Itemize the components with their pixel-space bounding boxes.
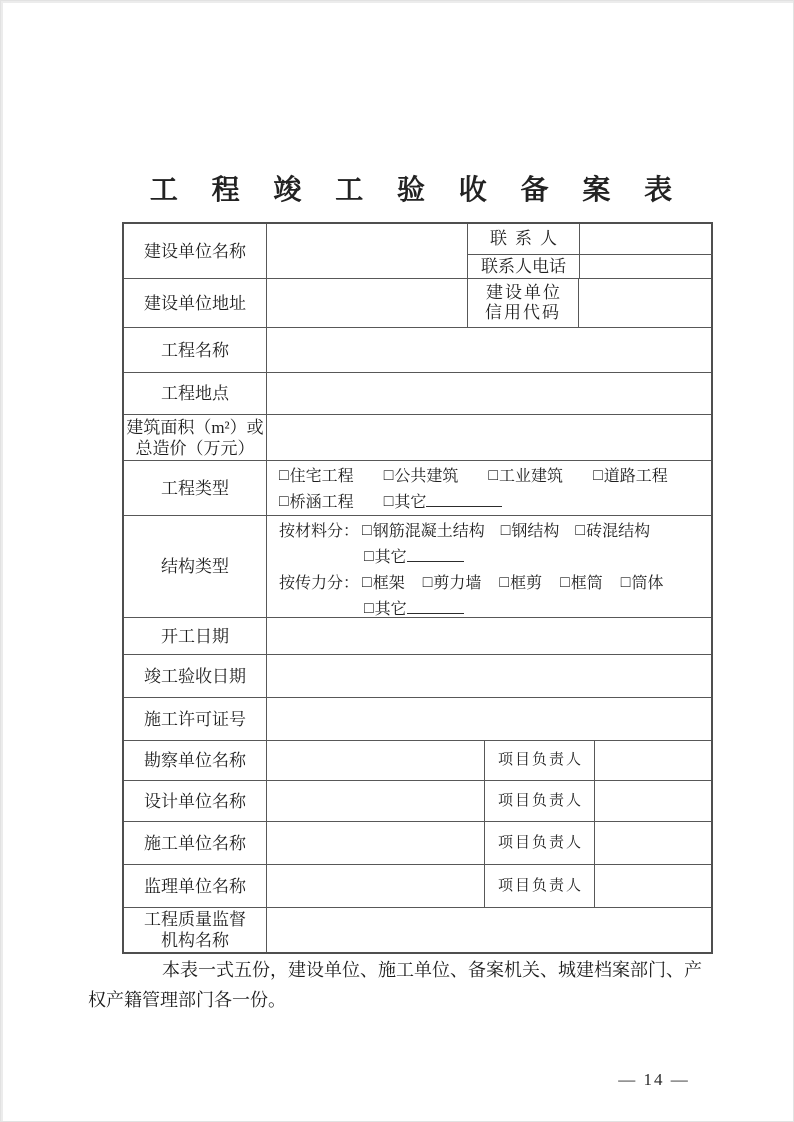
page-title: 工 程 竣 工 验 收 备 案 表 bbox=[122, 168, 713, 208]
supervision-unit-value-cell bbox=[266, 865, 484, 907]
quality-supervision-org-value-cell bbox=[266, 908, 711, 952]
checkbox-icon: □ bbox=[560, 570, 570, 596]
row-contact-phone: 联系人电话 bbox=[468, 254, 713, 278]
construction-manager-value-cell bbox=[594, 822, 711, 864]
checkbox-option: □筒体 bbox=[621, 575, 664, 592]
supervision-unit-label: 监理单位名称 bbox=[124, 865, 266, 907]
checkbox-option-label: 剪力墙 bbox=[433, 575, 481, 592]
completion-acceptance-filing-table: 建设单位名称 联系人 联系人电话 建设单位地址 建设单位 信用代码 工程名 bbox=[122, 222, 713, 954]
checkbox-option: □砖混结构 bbox=[575, 523, 650, 540]
by-force-line: 按传力分：□框架 □剪力墙 □框剪 □框筒 □筒体 bbox=[279, 571, 703, 597]
row-survey-unit: 勘察单位名称 项目负责人 bbox=[124, 740, 711, 780]
row-start-date: 开工日期 bbox=[124, 617, 711, 654]
checkbox-icon: □ bbox=[384, 463, 394, 489]
checkbox-option-label: 其它 bbox=[375, 601, 407, 618]
row-acceptance-date: 竣工验收日期 bbox=[124, 654, 711, 697]
checkbox-option-label: 其它 bbox=[394, 494, 426, 511]
survey-unit-label: 勘察单位名称 bbox=[124, 741, 266, 780]
checkbox-icon: □ bbox=[364, 544, 374, 570]
other-blank-line bbox=[426, 492, 502, 507]
checkbox-option-label: 砖混结构 bbox=[586, 523, 650, 540]
builder-name-value-cell bbox=[266, 224, 467, 278]
checkbox-icon: □ bbox=[279, 489, 289, 515]
construction-permit-value-cell bbox=[266, 698, 711, 740]
acceptance-date-value-cell bbox=[266, 655, 711, 697]
checkbox-option-label: 钢筋混凝土结构 bbox=[373, 523, 485, 540]
checkbox-option: □道路工程 bbox=[593, 468, 668, 485]
checkbox-icon: □ bbox=[501, 518, 511, 544]
project-type-options-line2: □桥涵工程 □其它 bbox=[279, 490, 703, 516]
checkbox-option: □钢结构 bbox=[501, 523, 560, 540]
by-material-other-line: □其它 bbox=[279, 545, 703, 571]
checkbox-icon: □ bbox=[279, 463, 289, 489]
checkbox-option: □住宅工程 bbox=[279, 468, 354, 485]
by-force-prefix: 按传力分： bbox=[279, 575, 359, 592]
row-area-or-cost: 建筑面积（m²）或 总造价（万元） bbox=[124, 414, 711, 460]
start-date-value-cell bbox=[266, 618, 711, 654]
structure-type-options-cell: 按材料分：□钢筋混凝土结构 □钢结构 □砖混结构 □其它 按传力分：□框架 □剪… bbox=[266, 516, 711, 617]
survey-manager-label: 项目负责人 bbox=[484, 741, 594, 780]
checkbox-option: □钢筋混凝土结构 bbox=[362, 523, 485, 540]
supervision-manager-value-cell bbox=[594, 865, 711, 907]
checkbox-icon: □ bbox=[499, 570, 509, 596]
checkbox-option-label: 框剪 bbox=[510, 575, 542, 592]
survey-manager-value-cell bbox=[594, 741, 711, 780]
checkbox-option-label: 住宅工程 bbox=[290, 468, 354, 485]
checkbox-option: □桥涵工程 bbox=[279, 494, 354, 511]
checkbox-icon: □ bbox=[362, 518, 372, 544]
acceptance-date-label: 竣工验收日期 bbox=[124, 655, 266, 697]
footnote-line-2: 权产籍管理部门各一份。 bbox=[88, 985, 728, 1015]
row-project-location: 工程地点 bbox=[124, 372, 711, 414]
checkbox-option: □工业建筑 bbox=[488, 468, 563, 485]
builder-address-value-cell bbox=[266, 279, 467, 327]
checkbox-option: □框剪 bbox=[499, 575, 542, 592]
checkbox-icon: □ bbox=[384, 489, 394, 515]
checkbox-option-label: 框架 bbox=[373, 575, 405, 592]
checkbox-option: □剪力墙 bbox=[423, 575, 482, 592]
checkbox-option-label: 道路工程 bbox=[604, 468, 668, 485]
row-builder-name: 建设单位名称 联系人 联系人电话 bbox=[124, 224, 711, 278]
checkbox-icon: □ bbox=[423, 570, 433, 596]
credit-code-label: 建设单位 信用代码 bbox=[467, 279, 578, 327]
checkbox-option-label: 框筒 bbox=[571, 575, 603, 592]
by-material-line: 按材料分：□钢筋混凝土结构 □钢结构 □砖混结构 bbox=[279, 519, 703, 545]
checkbox-icon: □ bbox=[575, 518, 585, 544]
project-type-options-cell: □住宅工程 □公共建筑 □工业建筑 □道路工程 □桥涵工程 □其它 bbox=[266, 461, 711, 515]
contact-label: 联系人 bbox=[468, 224, 579, 254]
checkbox-icon: □ bbox=[488, 463, 498, 489]
row-construction-unit: 施工单位名称 项目负责人 bbox=[124, 821, 711, 864]
start-date-label: 开工日期 bbox=[124, 618, 266, 654]
checkbox-option-other: □其它 bbox=[384, 494, 427, 511]
row-builder-address: 建设单位地址 建设单位 信用代码 bbox=[124, 278, 711, 327]
checkbox-icon: □ bbox=[621, 570, 631, 596]
row-quality-supervision-org: 工程质量监督 机构名称 bbox=[124, 907, 711, 952]
area-or-cost-value-cell bbox=[266, 415, 711, 460]
scanned-document-page: 工 程 竣 工 验 收 备 案 表 建设单位名称 联系人 联系人电话 建设单位地… bbox=[0, 0, 794, 1122]
survey-unit-value-cell bbox=[266, 741, 484, 780]
project-location-label: 工程地点 bbox=[124, 373, 266, 414]
checkbox-option-label: 桥涵工程 bbox=[290, 494, 354, 511]
row-design-unit: 设计单位名称 项目负责人 bbox=[124, 780, 711, 821]
checkbox-option-other: □其它 bbox=[364, 549, 407, 566]
checkbox-option-label: 工业建筑 bbox=[499, 468, 563, 485]
other-blank-line bbox=[407, 547, 464, 562]
row-project-name: 工程名称 bbox=[124, 327, 711, 372]
checkbox-option: □框筒 bbox=[560, 575, 603, 592]
project-name-value-cell bbox=[266, 328, 711, 372]
design-unit-value-cell bbox=[266, 781, 484, 821]
page-number: — 14 — bbox=[596, 1070, 712, 1090]
project-type-label: 工程类型 bbox=[124, 461, 266, 515]
contact-value-cell bbox=[579, 224, 713, 254]
row-project-type: 工程类型 □住宅工程 □公共建筑 □工业建筑 □道路工程 □桥涵工程 □其它 bbox=[124, 460, 711, 515]
row-construction-permit: 施工许可证号 bbox=[124, 697, 711, 740]
row-supervision-unit: 监理单位名称 项目负责人 bbox=[124, 864, 711, 907]
checkbox-option-other: □其它 bbox=[364, 601, 407, 618]
checkbox-option: □公共建筑 bbox=[384, 468, 459, 485]
supervision-manager-label: 项目负责人 bbox=[484, 865, 594, 907]
checkbox-option-label: 钢结构 bbox=[511, 523, 559, 540]
footnote-line-1: 本表一式五份，建设单位、施工单位、备案机关、城建档案部门、产 bbox=[88, 955, 728, 985]
contact-phone-label: 联系人电话 bbox=[468, 255, 579, 278]
area-or-cost-label: 建筑面积（m²）或 总造价（万元） bbox=[124, 415, 266, 460]
row-structure-type: 结构类型 按材料分：□钢筋混凝土结构 □钢结构 □砖混结构 □其它 按传力分：□… bbox=[124, 515, 711, 617]
project-name-label: 工程名称 bbox=[124, 328, 266, 372]
project-type-options-line1: □住宅工程 □公共建筑 □工业建筑 □道路工程 bbox=[279, 464, 703, 490]
construction-unit-value-cell bbox=[266, 822, 484, 864]
project-location-value-cell bbox=[266, 373, 711, 414]
structure-type-label: 结构类型 bbox=[124, 516, 266, 617]
quality-supervision-org-label: 工程质量监督 机构名称 bbox=[124, 908, 266, 952]
design-manager-label: 项目负责人 bbox=[484, 781, 594, 821]
footnote: 本表一式五份，建设单位、施工单位、备案机关、城建档案部门、产 权产籍管理部门各一… bbox=[88, 955, 728, 1015]
checkbox-option-label: 筒体 bbox=[631, 575, 663, 592]
construction-permit-label: 施工许可证号 bbox=[124, 698, 266, 740]
construction-manager-label: 项目负责人 bbox=[484, 822, 594, 864]
checkbox-option: □框架 bbox=[362, 575, 405, 592]
by-material-prefix: 按材料分： bbox=[279, 523, 359, 540]
contact-block: 联系人 联系人电话 bbox=[467, 224, 713, 278]
checkbox-option-label: 公共建筑 bbox=[394, 468, 458, 485]
builder-name-label: 建设单位名称 bbox=[124, 224, 266, 278]
credit-code-value-cell bbox=[578, 279, 711, 327]
checkbox-option-label: 其它 bbox=[375, 549, 407, 566]
construction-unit-label: 施工单位名称 bbox=[124, 822, 266, 864]
row-contact: 联系人 bbox=[468, 224, 713, 254]
design-unit-label: 设计单位名称 bbox=[124, 781, 266, 821]
checkbox-icon: □ bbox=[593, 463, 603, 489]
contact-phone-value-cell bbox=[579, 255, 713, 278]
checkbox-icon: □ bbox=[362, 570, 372, 596]
other-blank-line bbox=[407, 599, 464, 614]
builder-address-label: 建设单位地址 bbox=[124, 279, 266, 327]
design-manager-value-cell bbox=[594, 781, 711, 821]
